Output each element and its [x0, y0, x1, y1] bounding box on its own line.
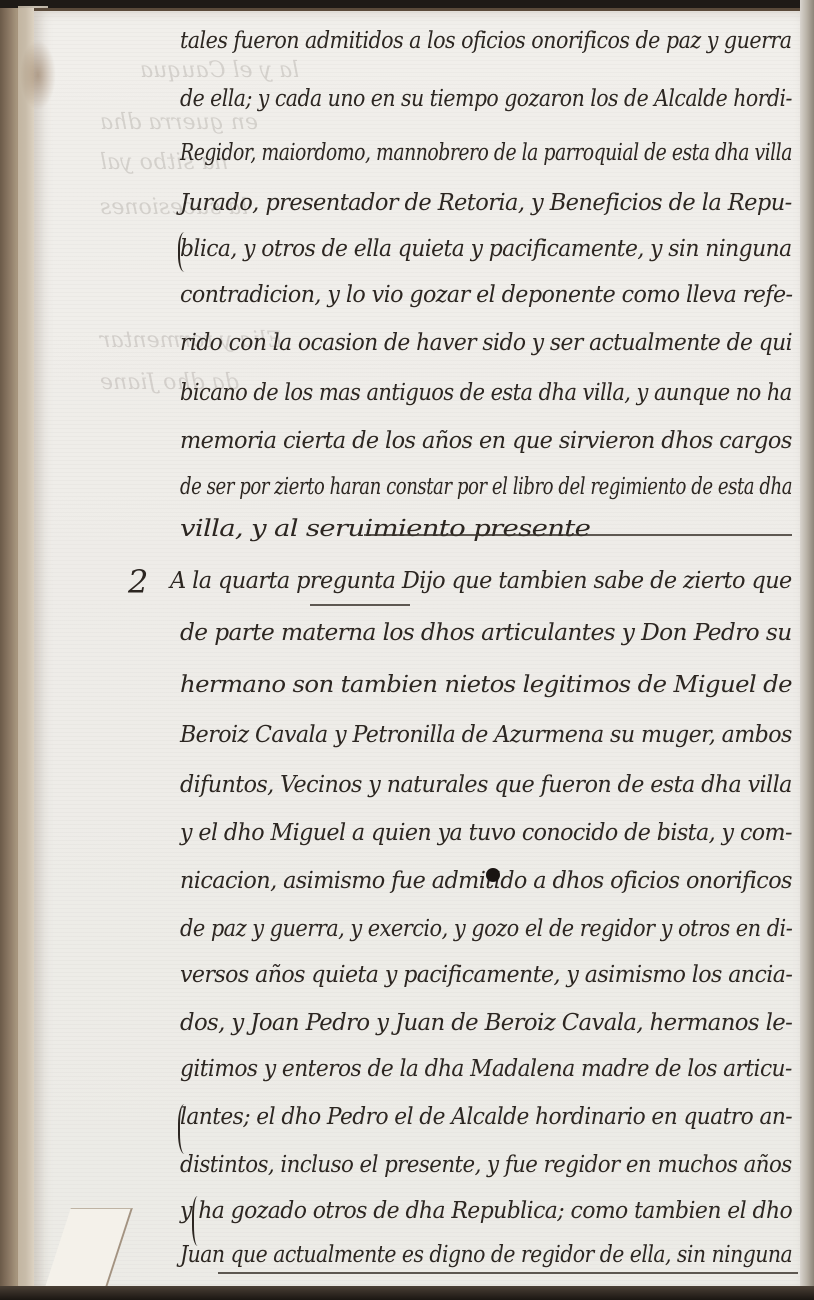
manuscript-line: memoria cierta de los años en que sirvie… — [180, 428, 792, 454]
manuscript-line: y el dho Miguel a quien ya tuvo conocido… — [180, 820, 792, 846]
manuscript-line: de ser por zierto haran constar por el l… — [180, 474, 792, 500]
manuscript-line: de parte materna los dhos articulantes y… — [180, 620, 792, 646]
underline-rule — [218, 1272, 798, 1274]
right-page-edge — [800, 0, 814, 1300]
bottom-shadow — [0, 1286, 814, 1300]
book-scan: la y el Cauquaen guerra dhana sitbo yall… — [0, 0, 814, 1300]
manuscript-line: blica, y otros de ella quieta y pacifica… — [180, 236, 792, 262]
manuscript-line: versos años quieta y pacificamente, y as… — [180, 962, 792, 988]
manuscript-line: Jurado, presentador de Retoria, y Benefi… — [180, 190, 792, 216]
manuscript-line: bicano de los mas antiguos de esta dha v… — [180, 380, 792, 406]
manuscript-line: villa, y al seruimiento presente — [180, 516, 590, 542]
manuscript-line: Regidor, maiordomo, mannobrero de la par… — [180, 140, 792, 166]
underline-rule — [364, 534, 792, 536]
ink-blot — [486, 868, 500, 882]
underline-rule — [310, 604, 410, 606]
manuscript-line: hermano son tambien nietos legitimos de … — [180, 672, 792, 698]
manuscript-line: Juan que actualmente es digno de regidor… — [180, 1242, 792, 1268]
manuscript-line: dos, y Joan Pedro y Juan de Beroiz Caval… — [180, 1010, 792, 1036]
manuscript-line: de ella; y cada uno en su tiempo gozaron… — [180, 86, 792, 112]
water-stain — [20, 40, 56, 110]
manuscript-line: Beroiz Cavala y Petronilla de Azurmena s… — [180, 722, 792, 748]
manuscript-line: lantes; el dho Pedro el de Alcalde hordi… — [180, 1104, 792, 1130]
manuscript-line: de paz y guerra, y exercio, y gozo el de… — [180, 916, 792, 942]
manuscript-line: y ha gozado otros de dha Republica; como… — [180, 1198, 792, 1224]
manuscript-line: difuntos, Vecinos y naturales que fueron… — [180, 772, 792, 798]
bleed-through-line: la y el Cauqua — [140, 58, 299, 83]
bleed-through-line: en guerra dha — [100, 110, 258, 135]
margin-numeral: 2 — [128, 563, 148, 601]
manuscript-line: contradicion, y lo vio gozar el deponent… — [180, 282, 792, 308]
manuscript-line: tales fueron admitidos a los oficios ono… — [180, 28, 792, 54]
manuscript-line: gitimos y enteros de la dha Madalena mad… — [180, 1056, 792, 1082]
manuscript-line: A la quarta pregunta Dijo que tambien sa… — [170, 568, 792, 594]
manuscript-line: rido con la ocasion de haver sido y ser … — [180, 330, 792, 356]
manuscript-line: distintos, incluso el presente, y fue re… — [180, 1152, 792, 1178]
